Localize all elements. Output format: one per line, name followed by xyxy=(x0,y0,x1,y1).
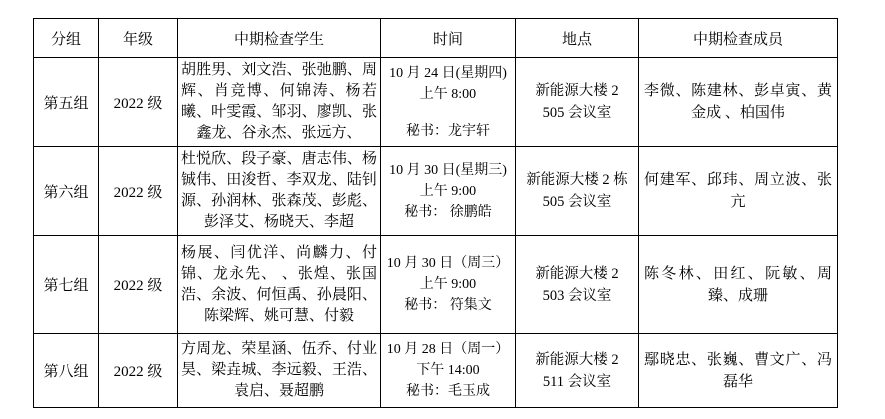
location-cell: 新能源大楼 2 511 会议室 xyxy=(516,334,639,408)
header-group: 分组 xyxy=(34,19,99,58)
time-cell: 10 月 30 日（周三） 上午 9:00 秘书： 符集文 xyxy=(381,236,516,334)
grade-cell: 2022 级 xyxy=(99,236,178,334)
group-cell: 第八组 xyxy=(34,334,99,408)
students-cell: 杜悦欣、段子豪、唐志伟、杨铖伟、田浚哲、李双龙、陆钊源、孙润林、张森茂、彭彪、彭… xyxy=(178,147,381,236)
time-secretary: 秘书： 徐鹏皓 xyxy=(383,202,513,223)
table-row: 第五组 2022 级 胡胜男、刘文浩、张弛鹏、周辉、肖竞博、何锦涛、杨若曦、叶雯… xyxy=(34,58,838,147)
location-cell: 新能源大楼 2 503 会议室 xyxy=(516,236,639,334)
header-grade: 年级 xyxy=(99,19,178,58)
time-date: 10 月 28 日（周一） xyxy=(383,339,513,360)
schedule-table: 分组 年级 中期检查学生 时间 地点 中期检查成员 第五组 2022 级 胡胜男… xyxy=(33,18,838,408)
grade-cell: 2022 级 xyxy=(99,147,178,236)
header-location: 地点 xyxy=(516,19,639,58)
time-secretary: 秘书： 符集文 xyxy=(383,295,513,316)
time-date: 10 月 30 日（周三） xyxy=(383,253,513,274)
table-row: 第六组 2022 级 杜悦欣、段子豪、唐志伟、杨铖伟、田浚哲、李双龙、陆钊源、孙… xyxy=(34,147,838,236)
members-cell: 陈冬林、田红、阮敏、周臻、成珊 xyxy=(639,236,838,334)
students-cell: 胡胜男、刘文浩、张弛鹏、周辉、肖竞博、何锦涛、杨若曦、叶雯霞、邹羽、廖凯、张鑫龙… xyxy=(178,58,381,147)
header-row: 分组 年级 中期检查学生 时间 地点 中期检查成员 xyxy=(34,19,838,58)
header-students: 中期检查学生 xyxy=(178,19,381,58)
group-cell: 第五组 xyxy=(34,58,99,147)
members-cell: 何建军、邱玮、周立波、张亢 xyxy=(639,147,838,236)
location-cell: 新能源大楼 2 505 会议室 xyxy=(516,58,639,147)
members-cell: 鄢晓忠、张巍、曹文广、冯磊华 xyxy=(639,334,838,408)
table-row: 第七组 2022 级 杨展、闫优洋、尚麟力、付锦、龙永先、 、张煌、张国浩、余波… xyxy=(34,236,838,334)
time-date: 10 月 30 日(星期三) xyxy=(383,160,513,181)
time-secretary: 秘书：龙宇轩 xyxy=(383,121,513,142)
students-cell: 方周龙、荣星涵、伍乔、付业昊、梁垚城、李远毅、王浩、袁启、聂超鹏 xyxy=(178,334,381,408)
time-cell: 10 月 30 日(星期三) 上午 9:00 秘书： 徐鹏皓 xyxy=(381,147,516,236)
time-clock: 上午 9:00 xyxy=(383,274,513,295)
table-row: 第八组 2022 级 方周龙、荣星涵、伍乔、付业昊、梁垚城、李远毅、王浩、袁启、… xyxy=(34,334,838,408)
time-clock: 下午 14:00 xyxy=(383,360,513,381)
time-secretary: 秘书：毛玉成 xyxy=(383,381,513,402)
grade-cell: 2022 级 xyxy=(99,58,178,147)
time-clock: 上午 9:00 xyxy=(383,181,513,202)
header-members: 中期检查成员 xyxy=(639,19,838,58)
location-cell: 新能源大楼 2 栋 505 会议室 xyxy=(516,147,639,236)
header-time: 时间 xyxy=(381,19,516,58)
time-gap xyxy=(383,105,513,121)
members-cell: 李微、陈建林、彭卓寅、黄金成 、柏国伟 xyxy=(639,58,838,147)
time-date: 10 月 24 日(星期四) xyxy=(383,63,513,84)
students-cell: 杨展、闫优洋、尚麟力、付锦、龙永先、 、张煌、张国浩、余波、何恒禹、孙晨阳、陈梁… xyxy=(178,236,381,334)
time-cell: 10 月 28 日（周一） 下午 14:00 秘书：毛玉成 xyxy=(381,334,516,408)
group-cell: 第七组 xyxy=(34,236,99,334)
grade-cell: 2022 级 xyxy=(99,334,178,408)
time-cell: 10 月 24 日(星期四) 上午 8:00 秘书：龙宇轩 xyxy=(381,58,516,147)
time-clock: 上午 8:00 xyxy=(383,84,513,105)
group-cell: 第六组 xyxy=(34,147,99,236)
